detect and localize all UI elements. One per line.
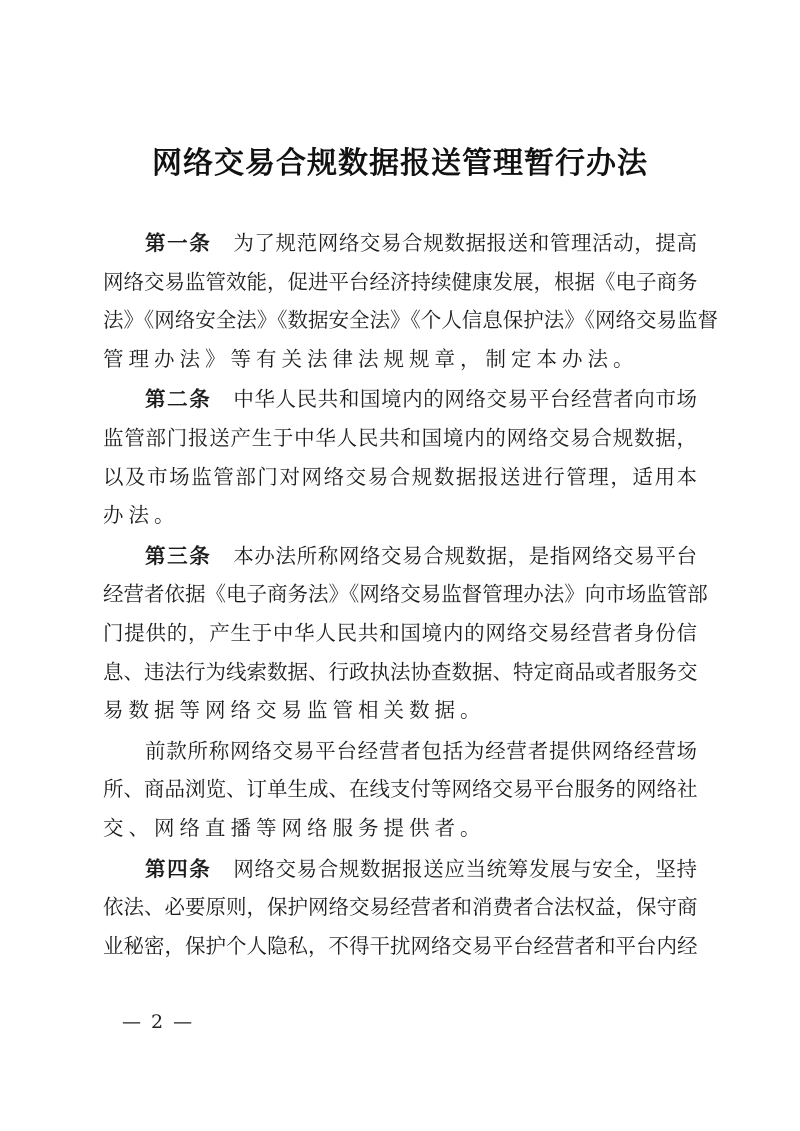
article-label: 第一条	[145, 231, 211, 255]
document-page: 网络交易合规数据报送管理暂行办法 第一条为了规范网络交易合规数据报送和管理活动，…	[0, 0, 800, 1131]
paragraph-line: 易数据等网络交易监管相关数据。	[103, 691, 697, 730]
paragraph-line: 所、商品浏览、订单生成、在线支付等网络交易平台服务的网络社	[103, 770, 697, 809]
paragraph-line: 依法、必要原则，保护网络交易经营者和消费者合法权益，保守商	[103, 888, 697, 927]
paragraph-line: 网络交易监管效能，促进平台经济持续健康发展，根据《电子商务	[103, 263, 697, 302]
paragraph-line: 前款所称网络交易平台经营者包括为经营者提供网络经营场	[103, 732, 697, 771]
document-body: 第一条为了规范网络交易合规数据报送和管理活动，提高 网络交易监管效能，促进平台经…	[103, 224, 697, 965]
article-2: 第二条中华人民共和国境内的网络交易平台经营者向市场 监管部门报送产生于中华人民共…	[103, 380, 697, 534]
paragraph-line: 法》《网络安全法》《数据安全法》《个人信息保护法》《网络交易监督	[103, 301, 697, 340]
paragraph-line: 办法。	[103, 496, 697, 535]
article-3-paragraph-2: 前款所称网络交易平台经营者包括为经营者提供网络经营场 所、商品浏览、订单生成、在…	[103, 732, 697, 848]
paragraph-line: 交、网络直播等网络服务提供者。	[103, 809, 697, 848]
paragraph-line: 第三条本办法所称网络交易合规数据，是指网络交易平台	[103, 537, 697, 576]
paragraph-line: 门提供的，产生于中华人民共和国境内的网络交易经营者身份信	[103, 614, 697, 653]
article-label: 第四条	[145, 857, 211, 881]
paragraph-line: 第二条中华人民共和国境内的网络交易平台经营者向市场	[103, 380, 697, 419]
article-label: 第二条	[145, 387, 211, 411]
article-3: 第三条本办法所称网络交易合规数据，是指网络交易平台 经营者依据《电子商务法》《网…	[103, 537, 697, 730]
paragraph-line: 经营者依据《电子商务法》《网络交易监督管理办法》向市场监管部	[103, 575, 697, 614]
paragraph-line: 业秘密，保护个人隐私，不得干扰网络交易平台经营者和平台内经	[103, 927, 697, 966]
document-title: 网络交易合规数据报送管理暂行办法	[0, 138, 800, 182]
paragraph-line: 第一条为了规范网络交易合规数据报送和管理活动，提高	[103, 224, 697, 263]
article-4: 第四条网络交易合规数据报送应当统筹发展与安全，坚持 依法、必要原则，保护网络交易…	[103, 850, 697, 966]
page-number: — 2 —	[122, 1011, 194, 1033]
paragraph-line: 第四条网络交易合规数据报送应当统筹发展与安全，坚持	[103, 850, 697, 889]
paragraph-line: 以及市场监管部门对网络交易合规数据报送进行管理，适用本	[103, 458, 697, 497]
article-label: 第三条	[145, 544, 211, 568]
paragraph-line: 息、违法行为线索数据、行政执法协查数据、特定商品或者服务交	[103, 653, 697, 692]
paragraph-line: 管理办法》等有关法律法规规章，制定本办法。	[103, 340, 697, 379]
paragraph-line: 监管部门报送产生于中华人民共和国境内的网络交易合规数据，	[103, 419, 697, 458]
article-1: 第一条为了规范网络交易合规数据报送和管理活动，提高 网络交易监管效能，促进平台经…	[103, 224, 697, 378]
